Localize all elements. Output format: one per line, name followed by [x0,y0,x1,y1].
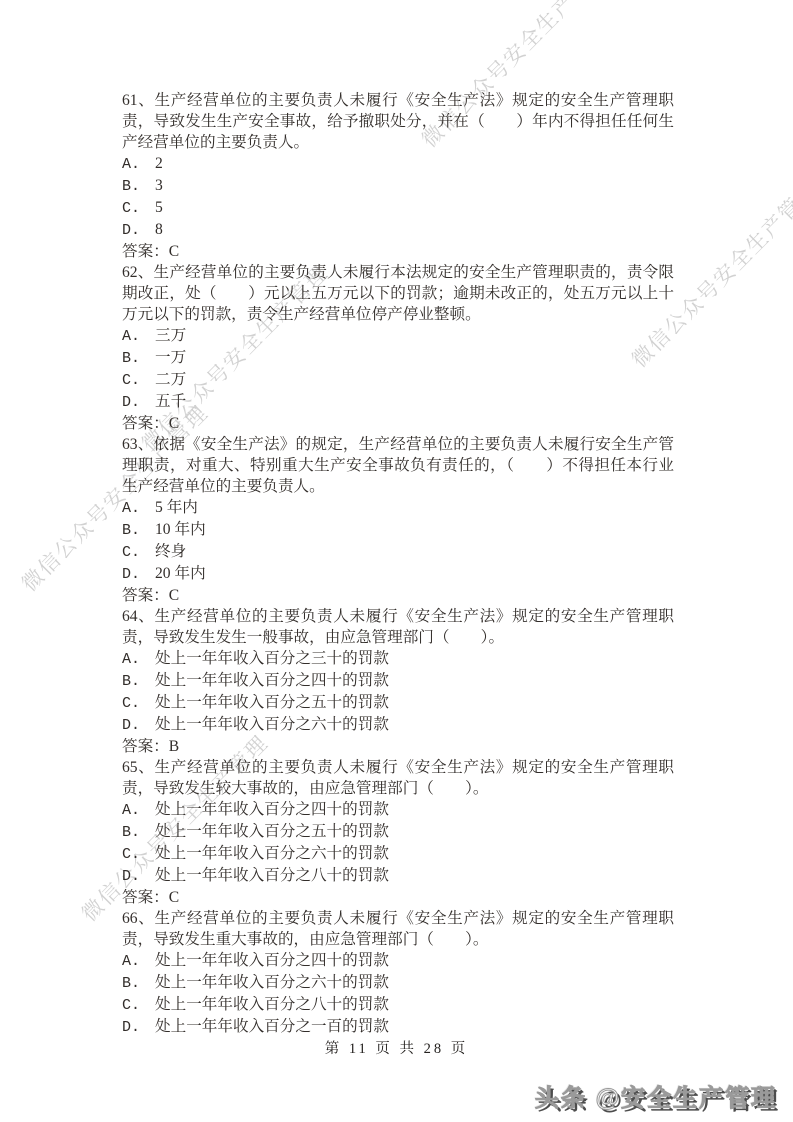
option-text: 一万 [155,349,186,366]
question-block-63: 63、依据《安全生产法》的规定，生产经营单位的主要负责人未履行安全生产管理职责，… [122,434,674,606]
question-block-66: 66、生产经营单位的主要负责人未履行《安全生产法》规定的安全生产管理职责，导致发… [122,908,674,1038]
question-text: 61、生产经营单位的主要负责人未履行《安全生产法》规定的安全生产管理职责，导致发… [122,90,674,153]
option-text: 处上一年年收入百分之一百的罚款 [155,1018,389,1035]
question-text: 64、生产经营单位的主要负责人未履行《安全生产法》规定的安全生产管理职责，导致发… [122,606,674,648]
option-text: 处上一年年收入百分之六十的罚款 [155,974,389,991]
option-text: 处上一年年收入百分之五十的罚款 [155,823,389,840]
option-text: 处上一年年收入百分之四十的罚款 [155,672,389,689]
option-row: C.终身 [122,541,674,563]
answer-line: 答案：C [122,241,674,262]
option-row: D.8 [122,219,674,241]
option-label: B. [122,671,144,692]
option-text: 5 [155,199,163,216]
option-row: C.5 [122,197,674,219]
option-label: A. [122,649,144,670]
option-row: D.处上一年年收入百分之一百的罚款 [122,1016,674,1038]
option-text: 三万 [155,327,186,344]
option-label: B. [122,973,144,994]
option-label: B. [122,520,144,541]
option-text: 处上一年年收入百分之八十的罚款 [155,996,389,1013]
question-block-64: 64、生产经营单位的主要负责人未履行《安全生产法》规定的安全生产管理职责，导致发… [122,606,674,757]
answer-label: 答案： [122,889,169,906]
option-row: A.处上一年年收入百分之四十的罚款 [122,799,674,821]
option-row: B.10 年内 [122,519,674,541]
option-label: D. [122,220,144,241]
answer-label: 答案： [122,738,169,755]
option-row: A.三万 [122,325,674,347]
option-row: C.处上一年年收入百分之六十的罚款 [122,843,674,865]
option-text: 终身 [155,543,186,560]
option-label: D. [122,866,144,887]
option-text: 处上一年年收入百分之六十的罚款 [155,845,389,862]
question-block-65: 65、生产经营单位的主要负责人未履行《安全生产法》规定的安全生产管理职责，导致发… [122,757,674,908]
question-list: 61、生产经营单位的主要负责人未履行《安全生产法》规定的安全生产管理职责，导致发… [122,90,674,1038]
option-label: D. [122,392,144,413]
toutiao-brand-watermark: 头条 @安全生产管理 [535,1078,777,1113]
option-row: A.2 [122,153,674,175]
answer-value: B [169,738,179,755]
option-row: C.处上一年年收入百分之八十的罚款 [122,994,674,1016]
option-text: 3 [155,177,163,194]
answer-value: C [169,415,179,432]
answer-line: 答案：C [122,413,674,434]
option-label: C. [122,844,144,865]
option-text: 二万 [155,371,186,388]
option-text: 10 年内 [155,521,206,538]
option-row: B.3 [122,175,674,197]
option-label: B. [122,176,144,197]
option-label: C. [122,198,144,219]
option-label: A. [122,154,144,175]
option-text: 处上一年年收入百分之六十的罚款 [155,716,389,733]
option-label: A. [122,498,144,519]
answer-label: 答案： [122,243,169,260]
answer-value: C [169,587,179,604]
option-row: B.处上一年年收入百分之四十的罚款 [122,670,674,692]
answer-value: C [169,243,179,260]
option-row: B.处上一年年收入百分之六十的罚款 [122,972,674,994]
question-block-62: 62、生产经营单位的主要负责人未履行本法规定的安全生产管理职责的，责令限期改正，… [122,262,674,434]
answer-value: C [169,889,179,906]
answer-line: 答案：C [122,887,674,908]
option-label: A. [122,800,144,821]
option-label: C. [122,370,144,391]
option-label: C. [122,995,144,1016]
option-row: B.处上一年年收入百分之五十的罚款 [122,821,674,843]
option-row: D.20 年内 [122,563,674,585]
document-page: 微信公众号安全生产管理 微信公众号安全生产管理 微信公众号安全生产管理 微信公众… [0,0,793,1122]
question-text: 66、生产经营单位的主要负责人未履行《安全生产法》规定的安全生产管理职责，导致发… [122,908,674,950]
option-text: 处上一年年收入百分之三十的罚款 [155,650,389,667]
option-row: B.一万 [122,347,674,369]
option-row: A.处上一年年收入百分之四十的罚款 [122,950,674,972]
answer-label: 答案： [122,415,169,432]
option-label: D. [122,715,144,736]
option-row: C.二万 [122,369,674,391]
option-label: C. [122,693,144,714]
option-label: A. [122,326,144,347]
option-text: 五千 [155,393,186,410]
option-label: B. [122,348,144,369]
question-text: 65、生产经营单位的主要负责人未履行《安全生产法》规定的安全生产管理职责，导致发… [122,757,674,799]
option-text: 处上一年年收入百分之四十的罚款 [155,801,389,818]
option-label: D. [122,1017,144,1038]
option-text: 2 [155,155,163,172]
option-label: D. [122,564,144,585]
option-label: A. [122,951,144,972]
option-row: A.5 年内 [122,497,674,519]
option-row: D.五千 [122,391,674,413]
answer-line: 答案：C [122,585,674,606]
question-text: 62、生产经营单位的主要负责人未履行本法规定的安全生产管理职责的，责令限期改正，… [122,262,674,325]
page-number: 第 11 页 共 28 页 [0,1037,793,1058]
option-text: 处上一年年收入百分之八十的罚款 [155,867,389,884]
option-text: 20 年内 [155,565,206,582]
option-label: B. [122,822,144,843]
option-row: D.处上一年年收入百分之八十的罚款 [122,865,674,887]
answer-label: 答案： [122,587,169,604]
option-text: 8 [155,221,163,238]
option-row: D.处上一年年收入百分之六十的罚款 [122,714,674,736]
option-text: 处上一年年收入百分之五十的罚款 [155,694,389,711]
option-text: 处上一年年收入百分之四十的罚款 [155,952,389,969]
option-label: C. [122,542,144,563]
question-block-61: 61、生产经营单位的主要负责人未履行《安全生产法》规定的安全生产管理职责，导致发… [122,90,674,262]
option-text: 5 年内 [155,499,198,516]
option-row: C.处上一年年收入百分之五十的罚款 [122,692,674,714]
option-row: A.处上一年年收入百分之三十的罚款 [122,648,674,670]
answer-line: 答案：B [122,736,674,757]
question-text: 63、依据《安全生产法》的规定，生产经营单位的主要负责人未履行安全生产管理职责，… [122,434,674,497]
